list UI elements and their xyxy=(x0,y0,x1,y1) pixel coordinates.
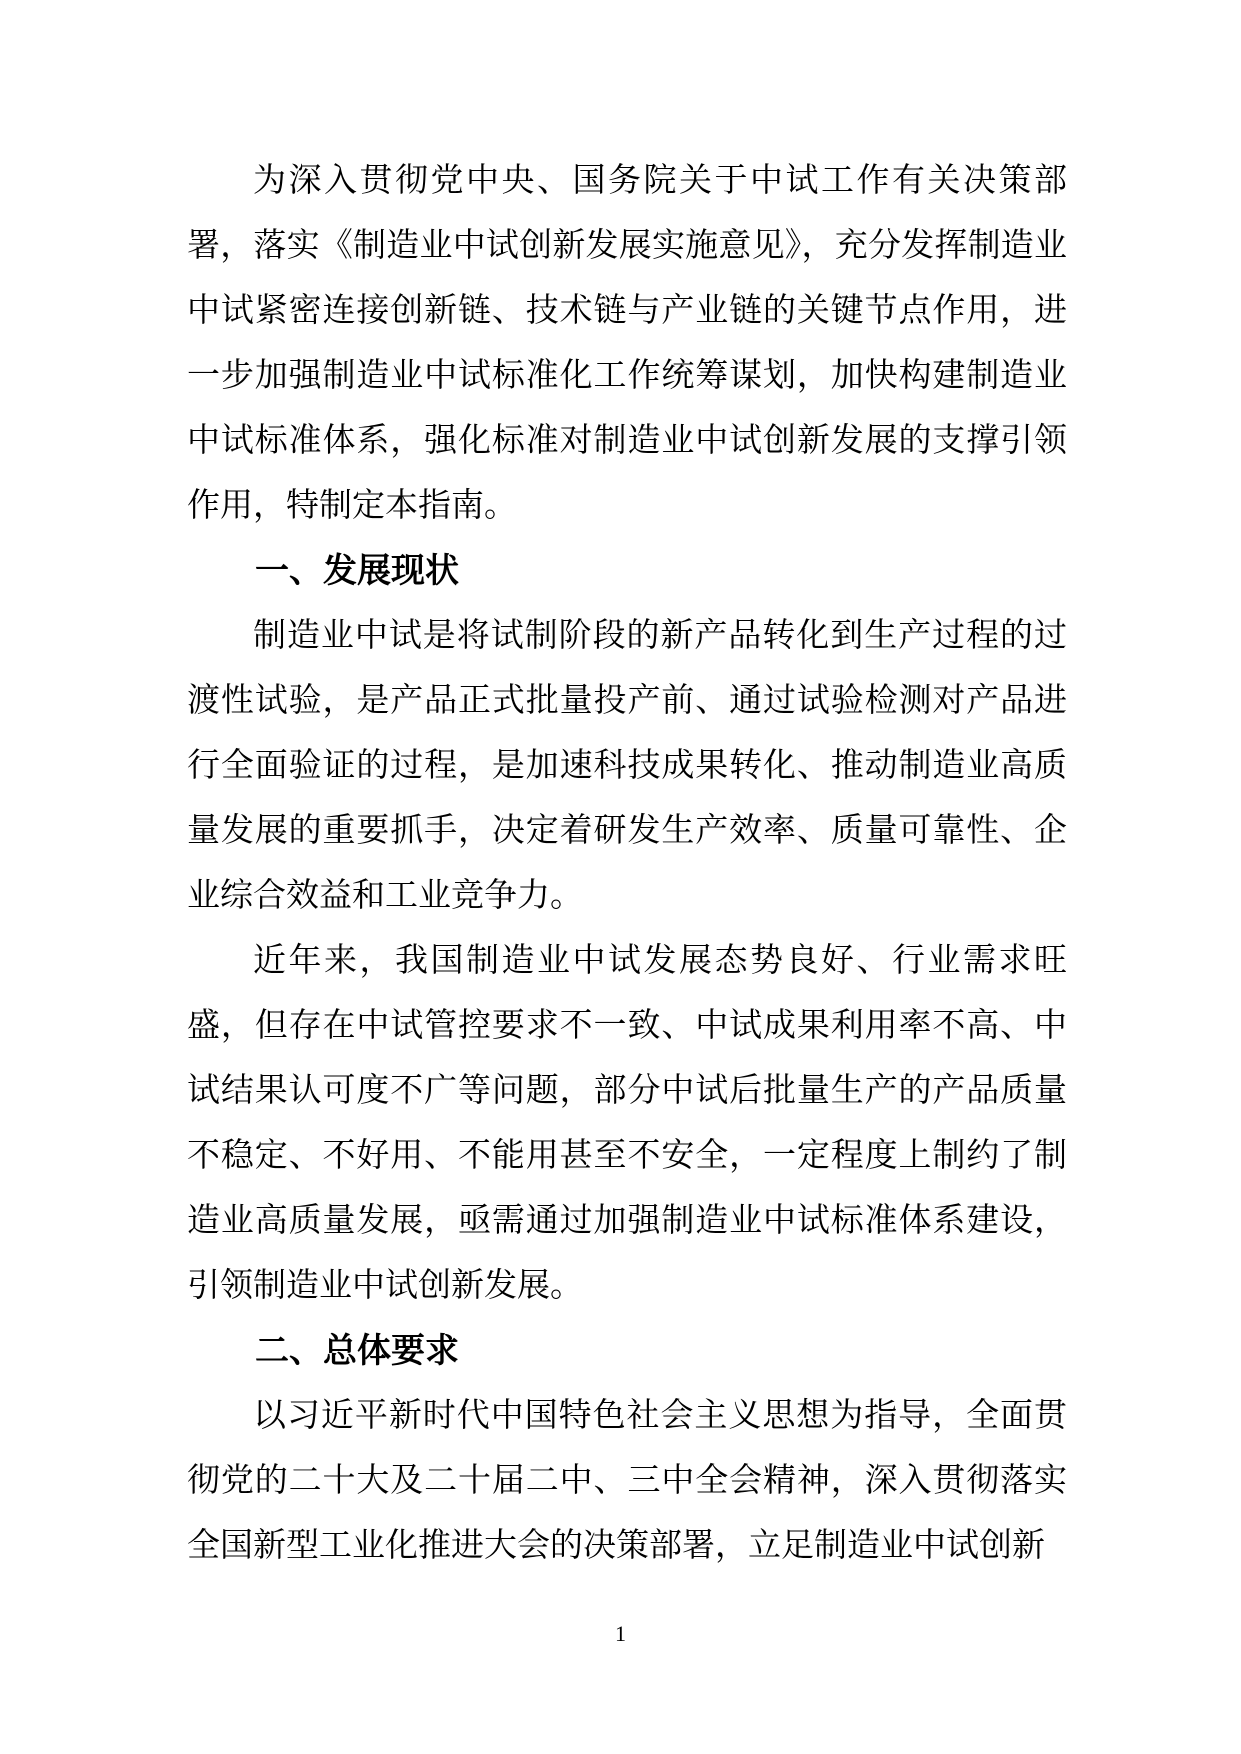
document-body: 为深入贯彻党中央、国务院关于中试工作有关决策部署，落实《制造业中试创新发展实施意… xyxy=(187,149,1067,1579)
paragraph-pilot-test-definition: 制造业中试是将试制阶段的新产品转化到生产过程的过渡性试验，是产品正式批量投产前、… xyxy=(187,604,1067,929)
heading-section-1-development-status: 一、发展现状 xyxy=(187,539,1067,604)
heading-section-2-overall-requirements: 二、总体要求 xyxy=(187,1319,1067,1384)
paragraph-current-problems: 近年来，我国制造业中试发展态势良好、行业需求旺盛，但存在中试管控要求不一致、中试… xyxy=(187,929,1067,1319)
document-page: 为深入贯彻党中央、国务院关于中试工作有关决策部署，落实《制造业中试创新发展实施意… xyxy=(0,0,1241,1754)
paragraph-preamble: 为深入贯彻党中央、国务院关于中试工作有关决策部署，落实《制造业中试创新发展实施意… xyxy=(187,149,1067,539)
page-number: 1 xyxy=(0,1620,1241,1648)
paragraph-guiding-ideology: 以习近平新时代中国特色社会主义思想为指导，全面贯彻党的二十大及二十届二中、三中全… xyxy=(187,1384,1067,1579)
